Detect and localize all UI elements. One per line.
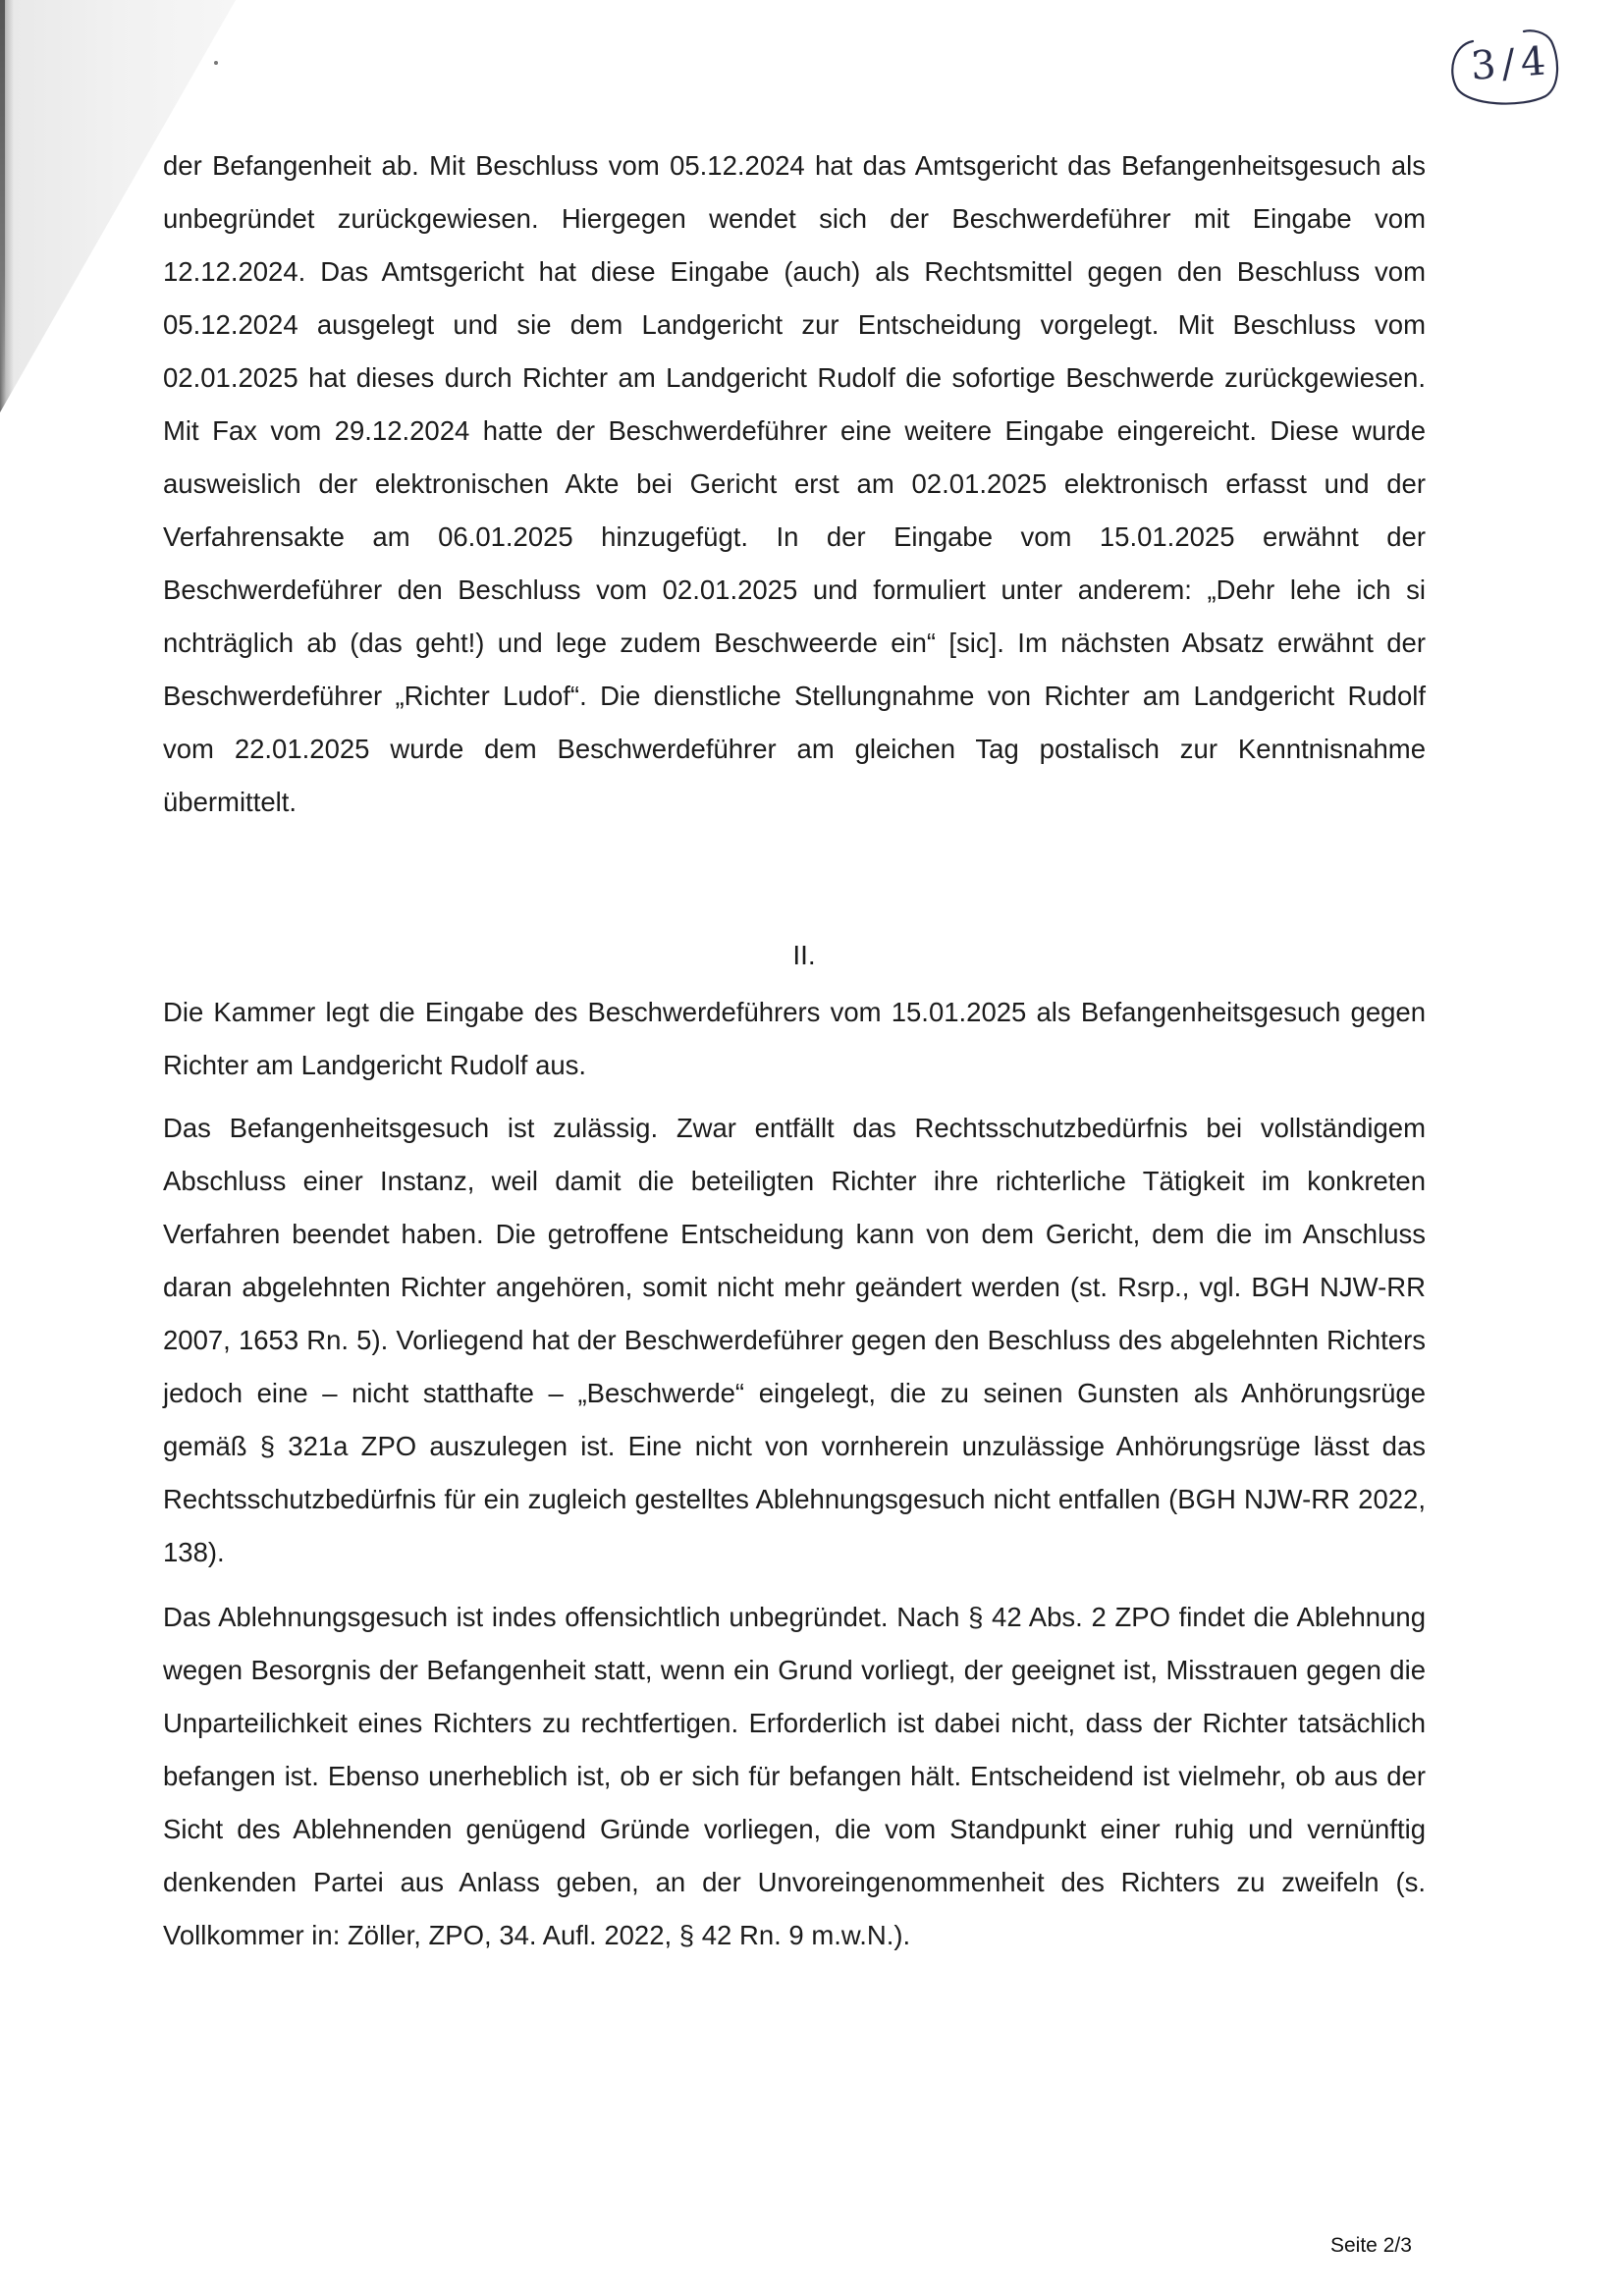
scan-edge: [0, 0, 5, 393]
section-heading: II.: [163, 929, 1426, 982]
handwritten-mark-text: 3/4: [1469, 38, 1552, 89]
scan-speck: [214, 61, 218, 65]
handwritten-page-mark: 3/4: [1443, 27, 1561, 108]
page-number: Seite 2/3: [1330, 2234, 1412, 2258]
section-spacer: [163, 829, 1426, 929]
paragraph-merits: Das Ablehnungsgesuch ist indes offensich…: [163, 1591, 1426, 1962]
paragraph-interpretation: Die Kammer legt die Eingabe des Beschwer…: [163, 986, 1426, 1092]
paragraph-admissibility: Das Befangenheitsgesuch ist zulässig. Zw…: [163, 1102, 1426, 1579]
paragraph-facts: der Befangenheit ab. Mit Beschluss vom 0…: [163, 139, 1426, 829]
document-body: der Befangenheit ab. Mit Beschluss vom 0…: [163, 139, 1426, 1962]
